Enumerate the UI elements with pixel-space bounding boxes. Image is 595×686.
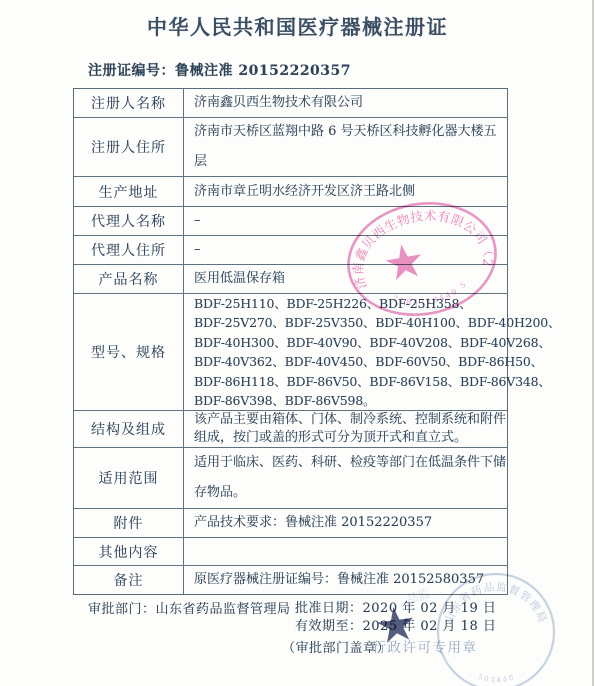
- row-value: BDF-25H110、BDF-25H226、BDF-25H358、 BDF-25…: [184, 294, 566, 410]
- registration-number-value: 鲁械注准 20152220357: [175, 63, 351, 79]
- row-value: 原医疗器械注册证编号：鲁械注准 20152580357: [184, 566, 507, 594]
- table-row-other-content: 其他内容: [74, 538, 507, 566]
- row-label: 附件: [74, 509, 184, 537]
- row-label: 代理人住所: [74, 236, 184, 264]
- table-row-production-address: 生产地址 济南市章丘明水经济开发区济王路北侧: [74, 177, 507, 207]
- certificate-table: 注册人名称 济南鑫贝西生物技术有限公司 注册人住所 济南市天桥区蓝翔中路 6 号…: [73, 88, 508, 595]
- row-label: 产品名称: [74, 265, 184, 293]
- table-row-agent-name: 代理人名称 –: [74, 207, 507, 236]
- row-value: 医用低温保存箱: [184, 265, 507, 293]
- valid-until-label: 有效期至：: [295, 619, 363, 634]
- row-label: 注册人名称: [74, 89, 184, 117]
- row-label: 注册人住所: [74, 118, 184, 176]
- valid-until-line: 有效期至：2025 年 02 月 18 日: [295, 615, 496, 634]
- approval-department-line: 审批部门：山东省药品监督管理局: [88, 598, 291, 617]
- row-value: 适用于临床、医药、科研、检疫等部门在低温条件下储 存物品。: [184, 448, 512, 508]
- row-value: 济南鑫贝西生物技术有限公司: [184, 89, 507, 117]
- row-label: 型号、规格: [74, 294, 184, 410]
- row-value: 济南市章丘明水经济开发区济王路北侧: [184, 177, 507, 206]
- row-label: 生产地址: [74, 177, 184, 206]
- row-value: [184, 538, 507, 565]
- row-value: –: [184, 236, 507, 264]
- row-value: –: [184, 207, 507, 235]
- approval-department-label: 审批部门：: [88, 602, 156, 617]
- table-row-structure: 结构及组成 该产品主要由箱体、门体、制冷系统、控制系统和附件 组成，按门或盖的形…: [74, 411, 507, 448]
- row-label: 结构及组成: [74, 411, 184, 447]
- registration-number-line: 注册证编号：鲁械注准 20152220357: [88, 60, 351, 80]
- row-label: 适用范围: [74, 448, 184, 508]
- approval-date-label: 批准日期：: [295, 601, 363, 616]
- valid-until-value: 2025 年 02 月 18 日: [363, 619, 497, 634]
- row-value: 济南市天桥区蓝翔中路 6 号天桥区科技孵化器大楼五 层: [184, 118, 507, 176]
- approval-date-value: 2020 年 02 月 19 日: [363, 601, 497, 616]
- row-value: 产品技术要求：鲁械注准 20152220357: [184, 509, 507, 537]
- table-row-product-name: 产品名称 医用低温保存箱: [74, 265, 507, 294]
- table-row-remarks: 备注 原医疗器械注册证编号：鲁械注准 20152580357: [74, 566, 507, 594]
- approval-department-value: 山东省药品监督管理局: [156, 602, 291, 617]
- approval-seal-digits: 503440: [477, 673, 516, 685]
- seal-note: （审批部门盖章）: [282, 637, 390, 656]
- table-row-registrant-name: 注册人名称 济南鑫贝西生物技术有限公司: [74, 89, 507, 118]
- svg-text:503440: 503440: [477, 673, 516, 685]
- row-value: 该产品主要由箱体、门体、制冷系统、控制系统和附件 组成，按门或盖的形式可分为顶开…: [184, 411, 512, 447]
- row-label: 其他内容: [74, 538, 184, 565]
- table-row-scope: 适用范围 适用于临床、医药、科研、检疫等部门在低温条件下储 存物品。: [74, 448, 507, 509]
- scan-page-edge: [592, 0, 594, 686]
- row-label: 备注: [74, 566, 184, 594]
- table-row-agent-address: 代理人住所 –: [74, 236, 507, 265]
- table-row-models-specs: 型号、规格 BDF-25H110、BDF-25H226、BDF-25H358、 …: [74, 294, 507, 411]
- certificate-page: 中华人民共和国医疗器械注册证 注册证编号：鲁械注准 20152220357 注册…: [0, 0, 595, 686]
- table-row-registrant-address: 注册人住所 济南市天桥区蓝翔中路 6 号天桥区科技孵化器大楼五 层: [74, 118, 507, 177]
- document-title: 中华人民共和国医疗器械注册证: [0, 11, 595, 40]
- approval-date-line: 批准日期：2020 年 02 月 19 日: [295, 597, 496, 616]
- table-row-attachments: 附件 产品技术要求：鲁械注准 20152220357: [74, 509, 507, 538]
- registration-number-label: 注册证编号：: [88, 63, 175, 79]
- row-label: 代理人名称: [74, 207, 184, 235]
